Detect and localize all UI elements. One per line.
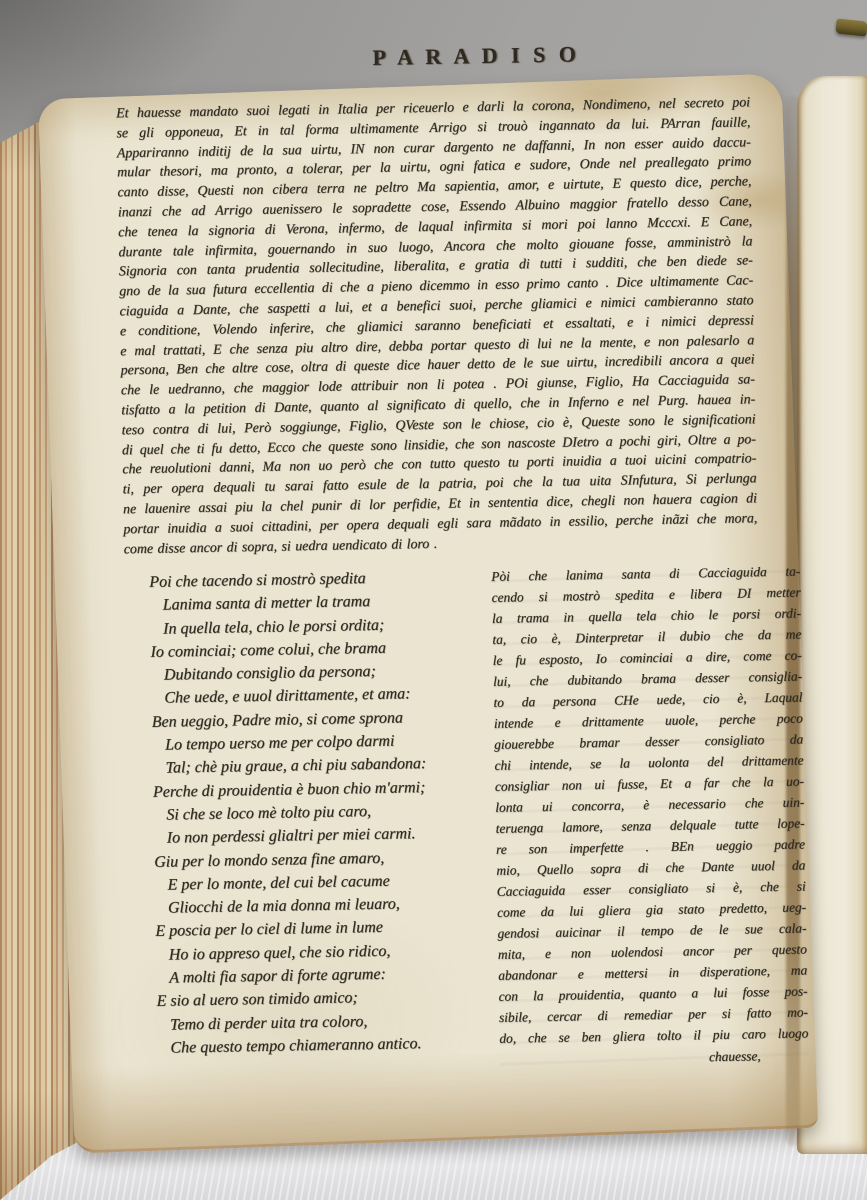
gloss-column: Pòi che lanima santa di Cacciaguida ta- … <box>491 561 809 1071</box>
page-title: P A R A D I S O <box>301 40 651 72</box>
catchword: chauesse, <box>500 1044 809 1070</box>
commentary-block: Et hauesse mandato suoi legati in Italia… <box>116 93 758 559</box>
book-photo: { "palette": { "ink": "#2e2a20", "paper"… <box>0 0 867 1200</box>
printed-text-layer: P A R A D I S O Et hauesse mandato suoi … <box>0 0 867 1200</box>
verse-line: Che questo tempo chiameranno antico. <box>170 1031 497 1060</box>
verse-column: Poi che tacendo si mostrò spedita Lanima… <box>149 565 497 1060</box>
